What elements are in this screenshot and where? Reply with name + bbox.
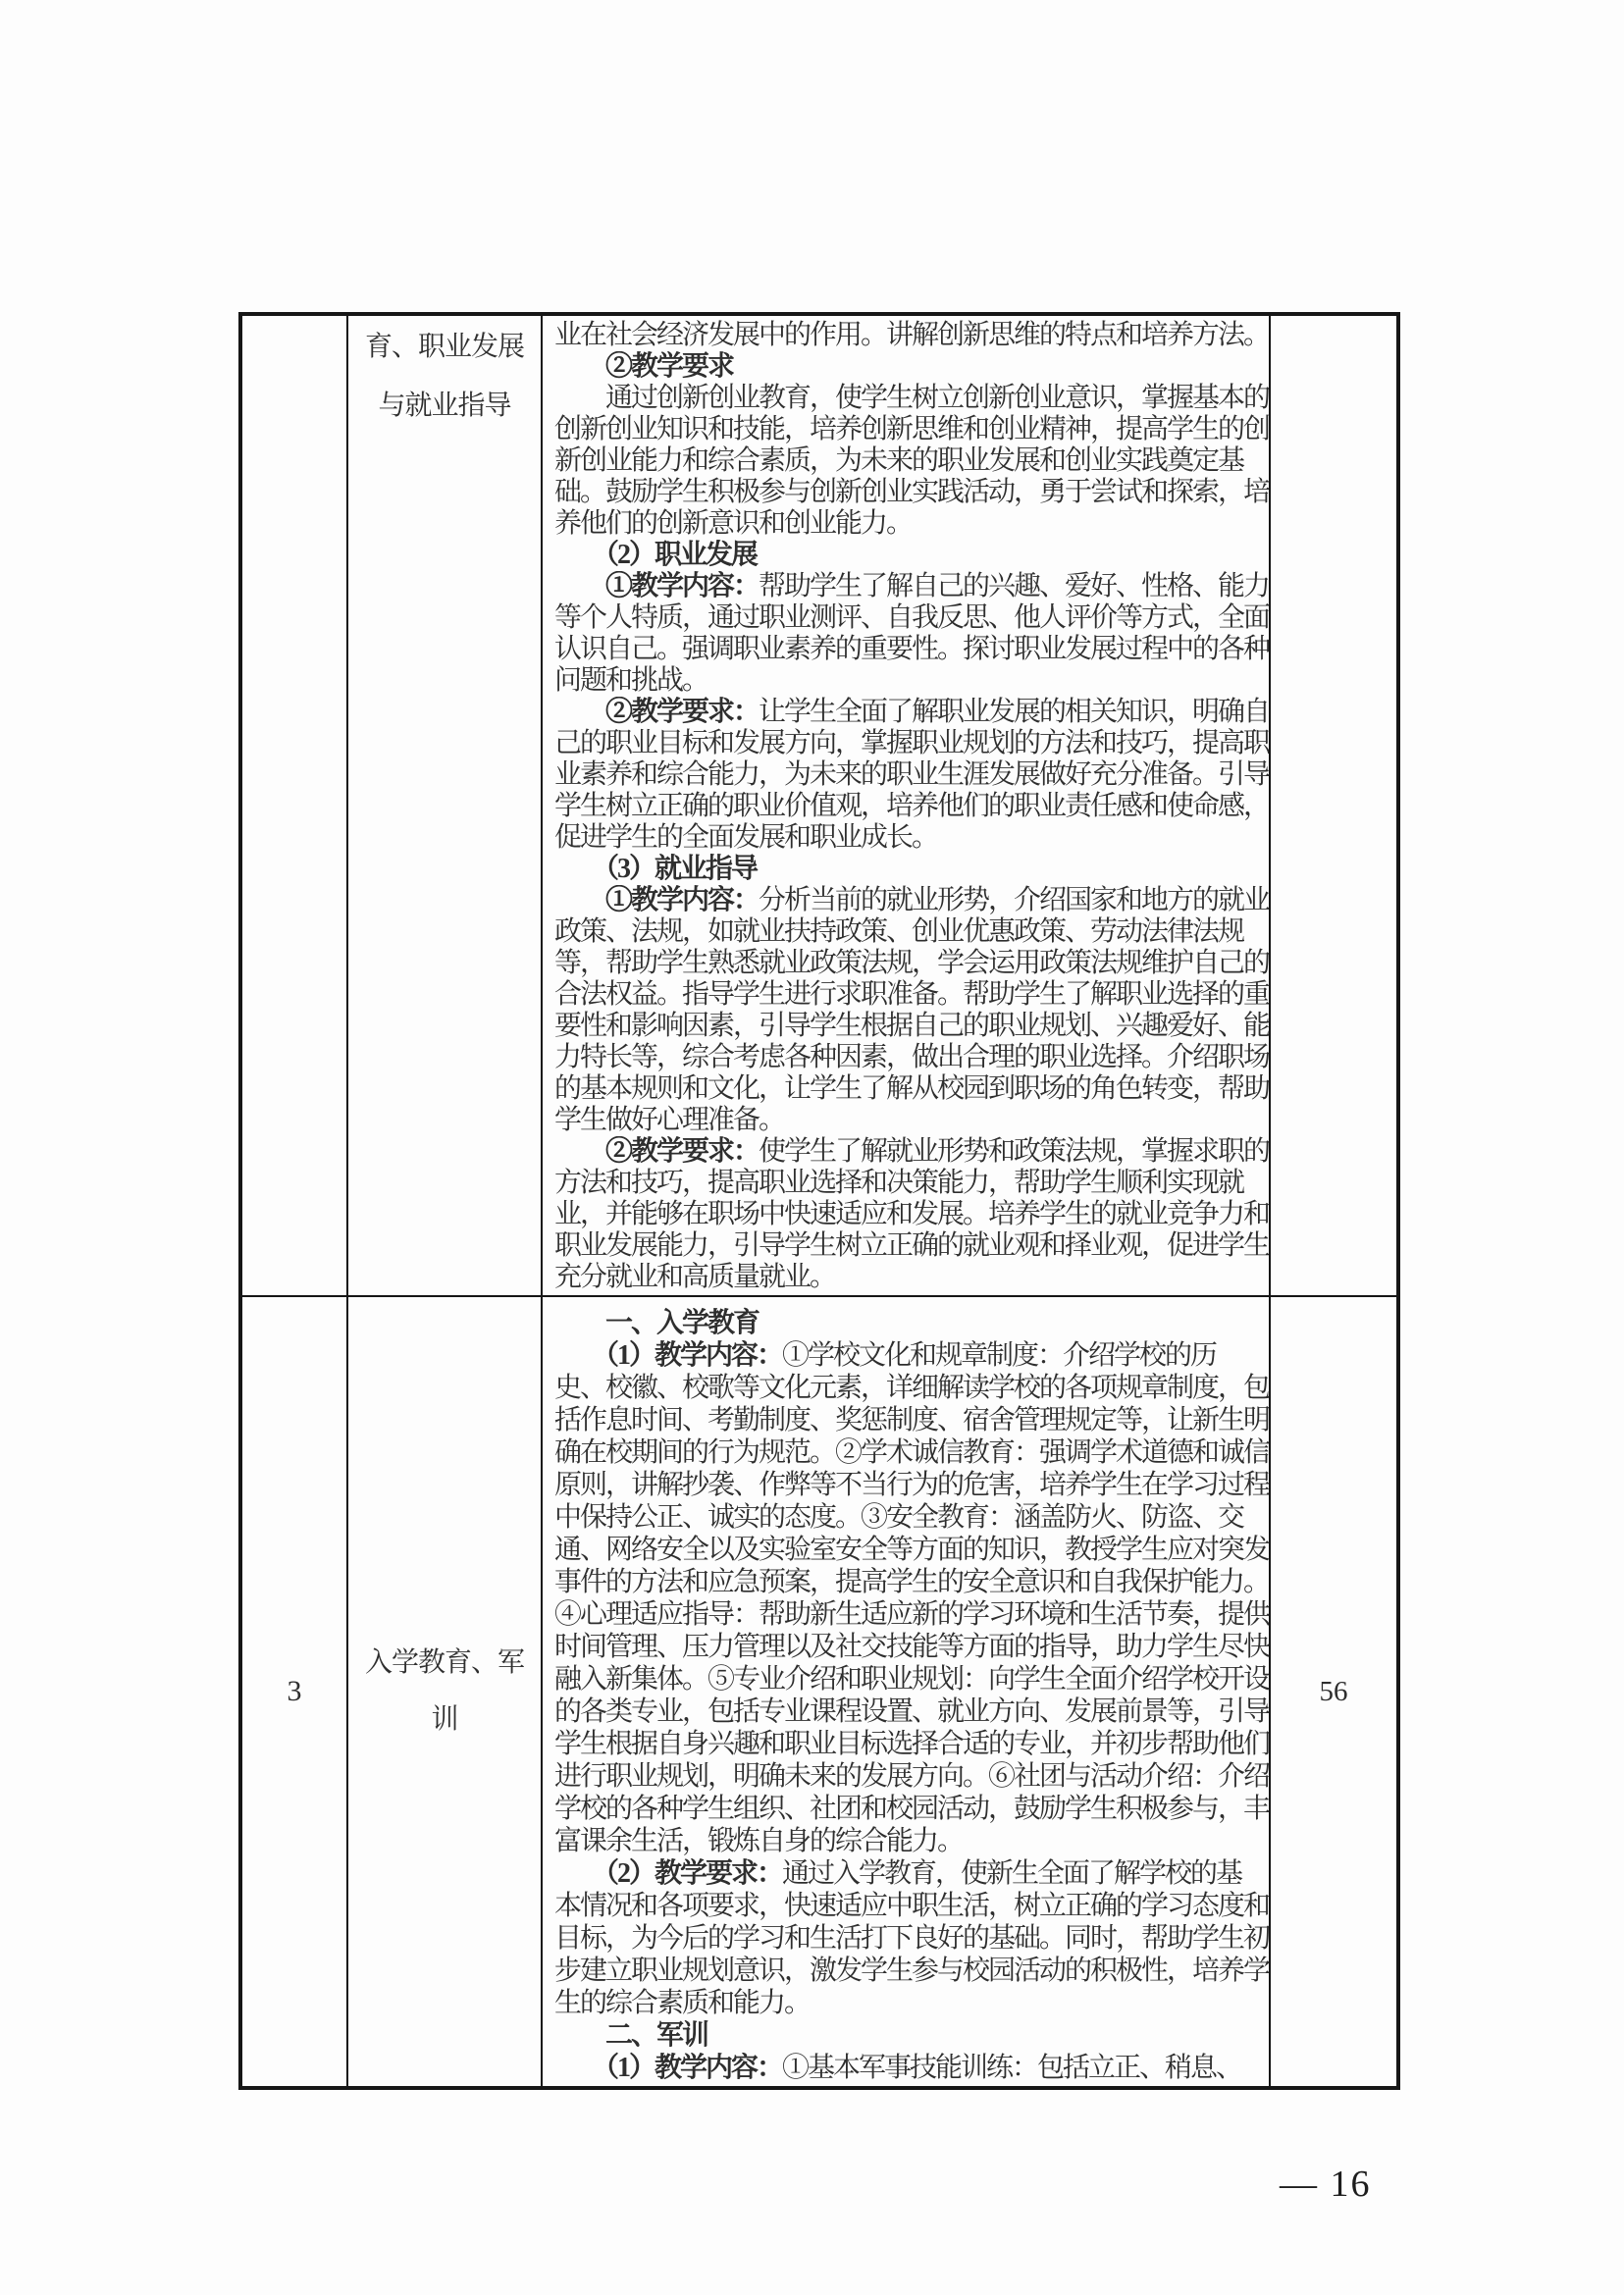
content-line: 业在社会经济发展中的作用。讲解创新思维的特点和培养方法。 xyxy=(554,320,1269,351)
content-line: 要性和影响因素，引导学生根据自己的职业规划、兴趣爱好、能 xyxy=(554,1011,1269,1042)
course-name-line: 入学教育、军 xyxy=(348,1635,541,1692)
content-line: ②教学要求：使学生了解就业形势和政策法规，掌握求职的 xyxy=(554,1136,1269,1168)
curriculum-table: 育、职业发展与就业指导 业在社会经济发展中的作用。讲解创新思维的特点和培养方法。… xyxy=(238,312,1400,2090)
content-line: （2）教学要求：通过入学教育，使新生全面了解学校的基 xyxy=(554,1857,1269,1890)
content-line: ②教学要求 xyxy=(554,351,1269,383)
content-line: 业素养和综合能力，为未来的职业生涯发展做好充分准备。引导 xyxy=(554,759,1269,791)
content-line: 史、校徽、校歌等文化元素，详细解读学校的各项规章制度，包 xyxy=(554,1372,1269,1404)
content-line: 学校的各种学生组织、社团和校园活动，鼓励学生积极参与，丰 xyxy=(554,1793,1269,1825)
content-line: 本情况和各项要求，快速适应中职生活，树立正确的学习态度和 xyxy=(554,1890,1269,1922)
content-line: 富课余生活，锻炼自身的综合能力。 xyxy=(554,1825,1269,1857)
teaching-content-cell: 一、入学教育 （1）教学内容：①学校文化和规章制度：介绍学校的历史、校徽、校歌等… xyxy=(543,1297,1271,2086)
content-line: 确在校期间的行为规范。②学术诚信教育：强调学术道德和诚信 xyxy=(554,1436,1269,1469)
content-line: 新创业能力和综合素质，为未来的职业发展和创业实践奠定基 xyxy=(554,445,1269,477)
content-line: 时间管理、压力管理以及社交技能等方面的指导，助力学生尽快 xyxy=(554,1631,1269,1663)
content-line: 养他们的创新意识和创业能力。 xyxy=(554,508,1269,540)
content-line: 础。鼓励学生积极参与创新创业实践活动，勇于尝试和探索，培 xyxy=(554,477,1269,508)
content-line: 括作息时间、考勤制度、奖惩制度、宿舍管理规定等，让新生明 xyxy=(554,1404,1269,1436)
content-line: 政策、法规，如就业扶持政策、创业优惠政策、劳动法律法规 xyxy=(554,916,1269,948)
course-name-cell: 育、职业发展与就业指导 xyxy=(348,316,543,1295)
course-name-line: 训 xyxy=(348,1692,541,1748)
content-line: 业，并能够在职场中快速适应和发展。培养学生的就业竞争力和 xyxy=(554,1199,1269,1230)
content-line: 充分就业和高质量就业。 xyxy=(554,1262,1269,1293)
content-line: 等，帮助学生熟悉就业政策法规，学会运用政策法规维护自己的 xyxy=(554,948,1269,979)
content-line: 一、入学教育 xyxy=(554,1307,1269,1339)
content-line: 创新创业知识和技能，培养创新思维和创业精神，提高学生的创 xyxy=(554,414,1269,445)
content-line: 通、网络安全以及实验室安全等方面的知识，教授学生应对突发 xyxy=(554,1534,1269,1566)
content-line: （2）职业发展 xyxy=(554,540,1269,571)
content-line: 通过创新创业教育，使学生树立创新创业意识，掌握基本的 xyxy=(554,383,1269,414)
course-name-cell: 入学教育、军训 xyxy=(348,1297,543,2086)
content-line: 步建立职业规划意识，激发学生参与校园活动的积极性，培养学 xyxy=(554,1955,1269,1987)
content-line: 事件的方法和应急预案，提高学生的安全意识和自我保护能力。 xyxy=(554,1566,1269,1598)
hours-cell: 56 xyxy=(1271,1297,1396,2086)
content-line: 促进学生的全面发展和职业成长。 xyxy=(554,822,1269,854)
content-line: 中保持公正、诚实的态度。③安全教育：涵盖防火、防盗、交 xyxy=(554,1501,1269,1534)
content-line: 目标，为今后的学习和生活打下良好的基础。同时，帮助学生初 xyxy=(554,1922,1269,1955)
content-line: （1）教学内容：①学校文化和规章制度：介绍学校的历 xyxy=(554,1339,1269,1372)
content-line: 力特长等，综合考虑各种因素，做出合理的职业选择。介绍职场 xyxy=(554,1042,1269,1073)
content-line: （3）就业指导 xyxy=(554,854,1269,885)
content-line: 方法和技巧，提高职业选择和决策能力，帮助学生顺利实现就 xyxy=(554,1168,1269,1199)
content-line: ①教学内容：帮助学生了解自己的兴趣、爱好、性格、能力 xyxy=(554,571,1269,602)
content-line: （1）教学内容：①基本军事技能训练：包括立正、稍息、 xyxy=(554,2052,1269,2084)
content-line: 合法权益。指导学生进行求职准备。帮助学生了解职业选择的重 xyxy=(554,979,1269,1011)
content-line: 学生做好心理准备。 xyxy=(554,1105,1269,1136)
content-line: 的基本规则和文化，让学生了解从校园到职场的角色转变，帮助 xyxy=(554,1073,1269,1105)
content-line: 学生树立正确的职业价值观，培养他们的职业责任感和使命感， xyxy=(554,791,1269,822)
content-line: 己的职业目标和发展方向，掌握职业规划的方法和技巧，提高职 xyxy=(554,728,1269,759)
content-line: ④心理适应指导：帮助新生适应新的学习环境和生活节奏，提供 xyxy=(554,1598,1269,1631)
content-line: 二、军训 xyxy=(554,2019,1269,2052)
content-line: 进行职业规划，明确未来的发展方向。⑥社团与活动介绍：介绍 xyxy=(554,1760,1269,1793)
content-line: 的各类专业，包括专业课程设置、就业方向、发展前景等，引导 xyxy=(554,1695,1269,1728)
content-line: 认识自己。强调职业素养的重要性。探讨职业发展过程中的各种 xyxy=(554,634,1269,665)
content-line: 生的综合素质和能力。 xyxy=(554,1987,1269,2019)
content-line: 等个人特质，通过职业测评、自我反思、他人评价等方式，全面 xyxy=(554,602,1269,634)
content-line: 职业发展能力，引导学生树立正确的就业观和择业观，促进学生 xyxy=(554,1230,1269,1262)
table-row: 育、职业发展与就业指导 业在社会经济发展中的作用。讲解创新思维的特点和培养方法。… xyxy=(242,316,1396,1295)
index-cell: 3 xyxy=(242,1297,348,2086)
index-cell xyxy=(242,316,348,1295)
course-name-line: 与就业指导 xyxy=(348,377,541,436)
content-line: ①教学内容：分析当前的就业形势，介绍国家和地方的就业 xyxy=(554,885,1269,916)
page-number: — 16 xyxy=(1280,2163,1417,2206)
course-name-line: 育、职业发展 xyxy=(348,318,541,377)
content-line: 问题和挑战。 xyxy=(554,665,1269,697)
table-row: 3 入学教育、军训 一、入学教育 （1）教学内容：①学校文化和规章制度：介绍学校… xyxy=(242,1295,1396,2086)
content-line: ②教学要求：让学生全面了解职业发展的相关知识，明确自 xyxy=(554,697,1269,728)
hours-cell xyxy=(1271,316,1396,1295)
content-line: 融入新集体。⑤专业介绍和职业规划：向学生全面介绍学校开设 xyxy=(554,1663,1269,1695)
content-line: 原则，讲解抄袭、作弊等不当行为的危害，培养学生在学习过程 xyxy=(554,1469,1269,1501)
teaching-content-cell: 业在社会经济发展中的作用。讲解创新思维的特点和培养方法。 ②教学要求 通过创新创… xyxy=(543,316,1271,1295)
content-line: 学生根据自身兴趣和职业目标选择合适的专业，并初步帮助他们 xyxy=(554,1728,1269,1760)
